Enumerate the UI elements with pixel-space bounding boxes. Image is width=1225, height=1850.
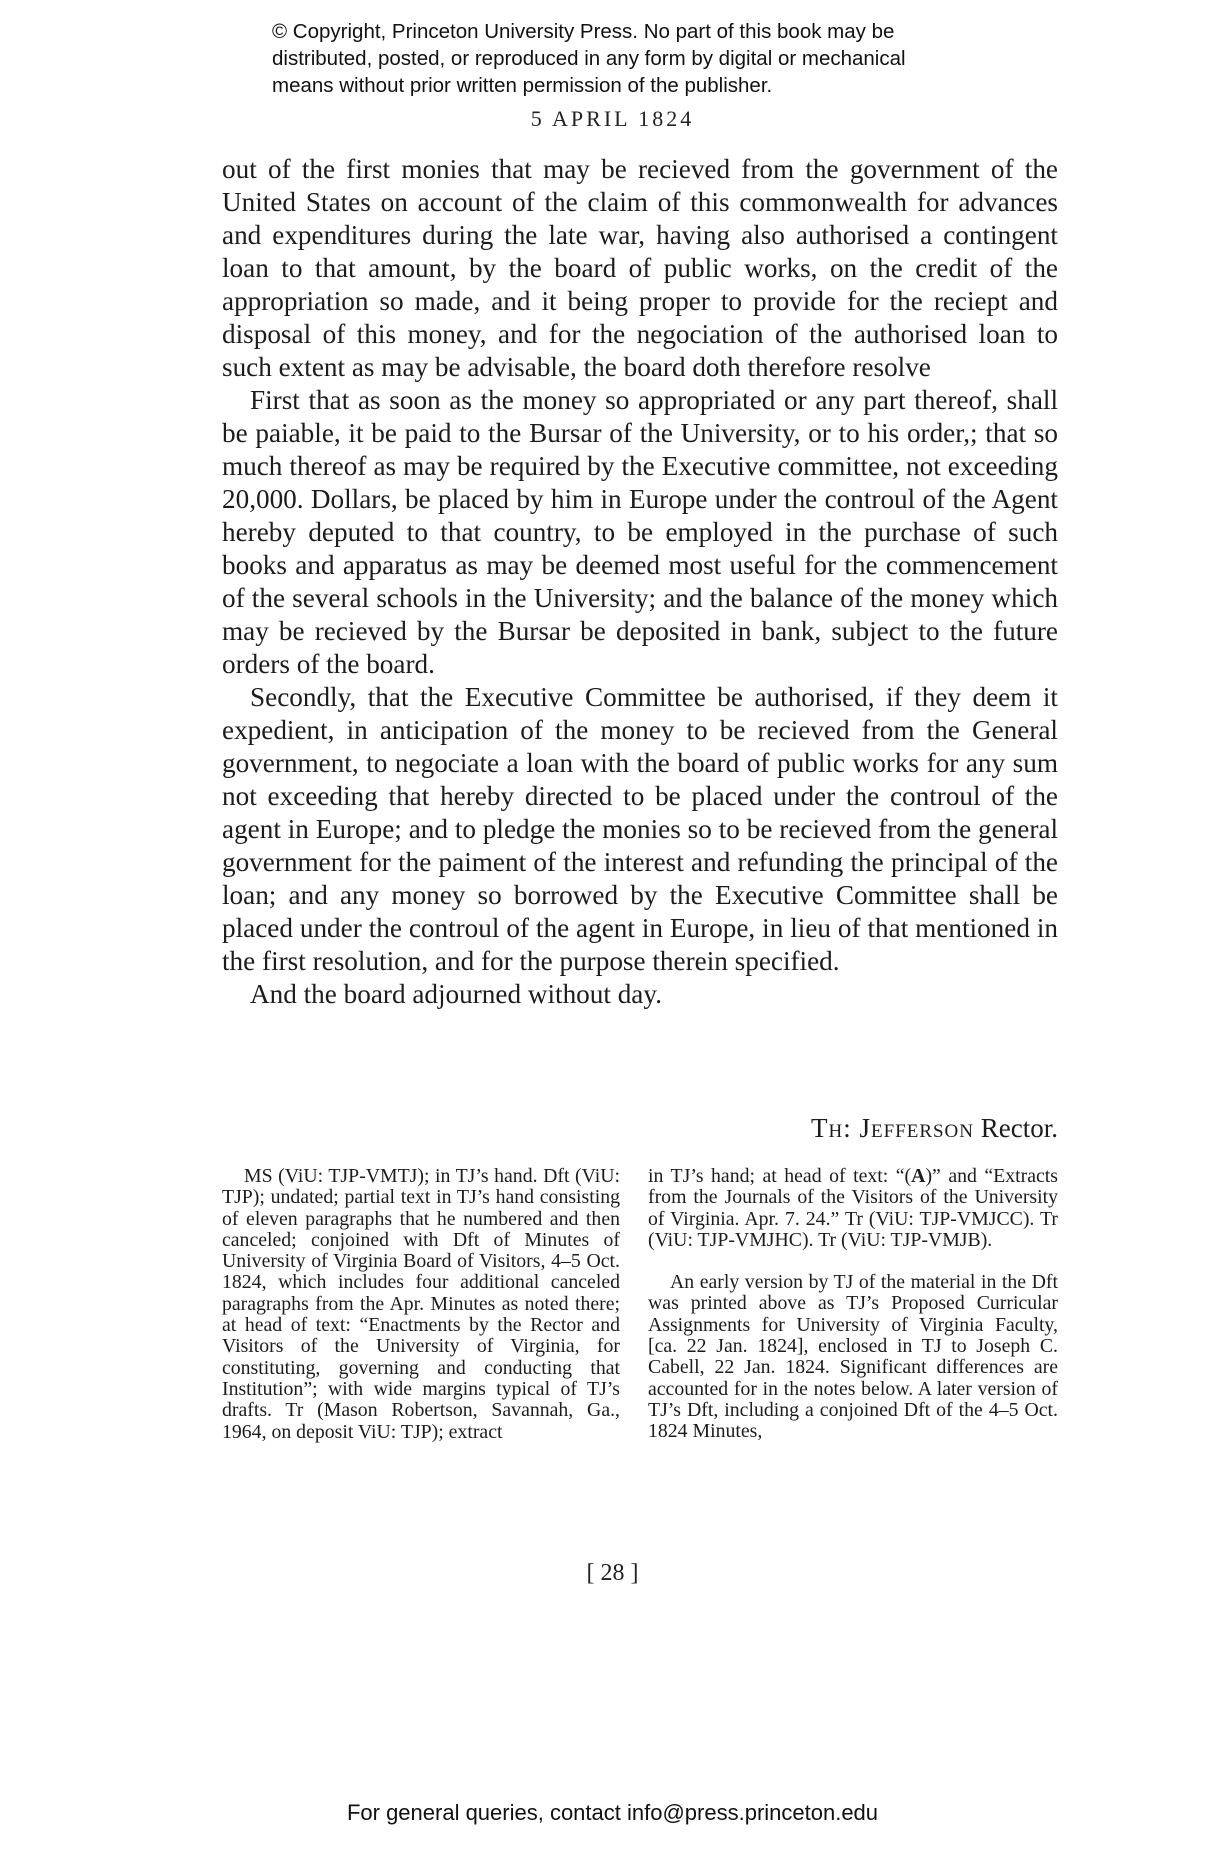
- note-text: in TJ’s hand; at head of text: “(: [648, 1165, 911, 1187]
- body-paragraph-first-resolution: First that as soon as the money so appro…: [222, 384, 1058, 681]
- body-paragraph: out of the first monies that may be reci…: [222, 153, 1058, 384]
- main-text: out of the first monies that may be reci…: [222, 153, 1058, 1011]
- body-paragraph-adjournment: And the board adjourned without day.: [222, 978, 1058, 1011]
- copyright-line: distributed, posted, or reproduced in an…: [272, 45, 992, 72]
- footer-contact: For general queries, contact info@press.…: [0, 1800, 1225, 1826]
- note-bold-letter: A: [911, 1165, 925, 1187]
- source-note-continuation: in TJ’s hand; at head of text: “(A)” and…: [648, 1166, 1058, 1251]
- source-note-paragraph: MS (ViU: TJP-VMTJ); in TJ’s hand. Dft (V…: [222, 1166, 620, 1443]
- source-notes-right-column: in TJ’s hand; at head of text: “(A)” and…: [648, 1166, 1058, 1443]
- signature: Th: Jefferson Rector.: [811, 1113, 1058, 1144]
- signatory-name: Th: Jefferson: [811, 1113, 974, 1143]
- page-number: [ 28 ]: [0, 1560, 1225, 1587]
- source-notes-left-column: MS (ViU: TJP-VMTJ); in TJ’s hand. Dft (V…: [222, 1166, 620, 1443]
- body-paragraph-second-resolution: Secondly, that the Executive Committee b…: [222, 681, 1058, 978]
- running-head: 5 APRIL 1824: [0, 106, 1225, 132]
- editorial-note-paragraph: An early version by TJ of the material i…: [648, 1272, 1058, 1442]
- copyright-line: © Copyright, Princeton University Press.…: [272, 18, 992, 45]
- copyright-line: means without prior written permission o…: [272, 72, 992, 99]
- copyright-notice: © Copyright, Princeton University Press.…: [272, 18, 992, 99]
- signatory-title: Rector.: [981, 1113, 1058, 1143]
